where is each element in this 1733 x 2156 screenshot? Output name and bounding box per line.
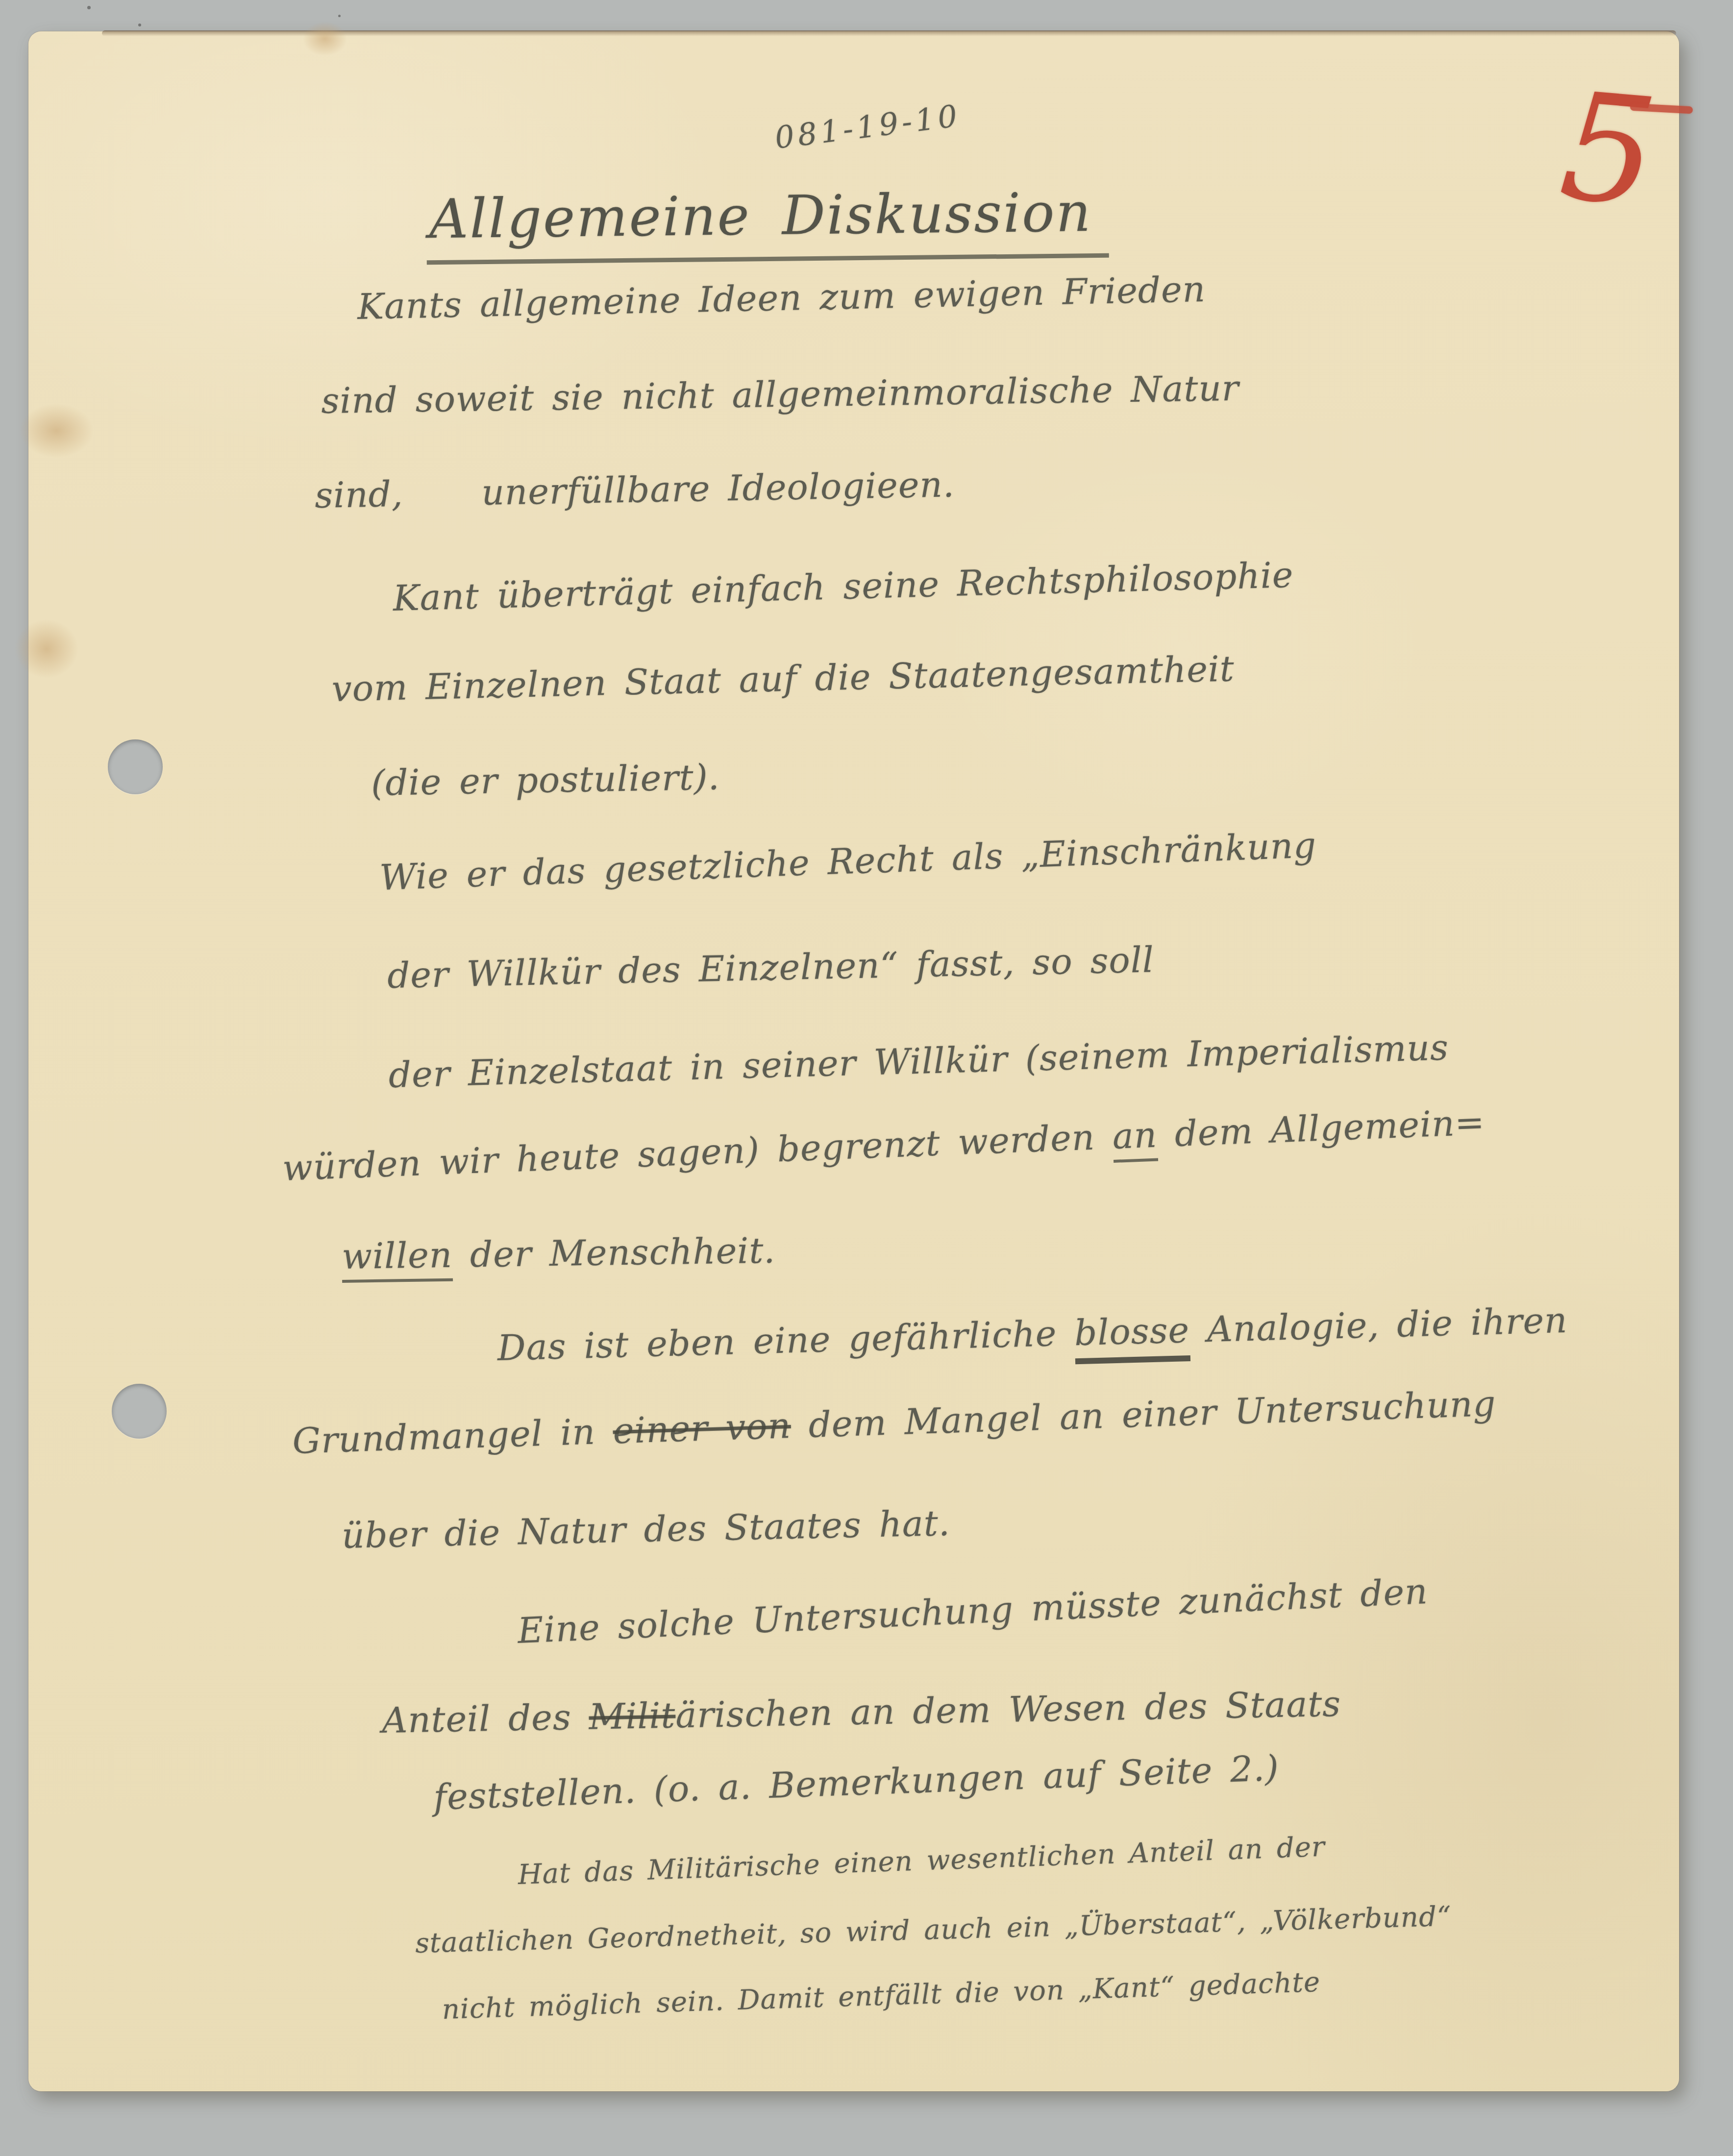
handwritten-line: würden wir heute sagen) begrenzt werden …	[282, 1102, 1485, 1189]
text-segment: willen	[342, 1234, 453, 1283]
handwritten-line: Kant überträgt einfach seine Rechtsphilo…	[393, 554, 1294, 619]
handwritten-line: Grundmangel in einer von dem Mangel an e…	[292, 1383, 1496, 1462]
text-segment: an	[1112, 1114, 1158, 1163]
handwritten-line: nicht möglich sein. Damit entfällt die v…	[442, 1966, 1321, 2026]
dust-speck	[338, 15, 341, 17]
manuscript-page: 081-19-10 5 Allgemeine Diskussion Kants …	[28, 31, 1679, 2091]
text-segment: der Willkür des Einzelnen“ fasst, so sol…	[387, 939, 1154, 996]
punch-hole-bottom	[112, 1384, 167, 1439]
text-segment: sind,	[315, 473, 404, 516]
paper-stain	[20, 404, 93, 458]
text-segment: blosse	[1074, 1309, 1190, 1364]
text-segment: Eine solche Untersuchung müsste zunächst…	[517, 1570, 1429, 1651]
handwritten-line: Hat das Militärische einen wesentlichen …	[518, 1831, 1326, 1891]
handwritten-line: Wie er das gesetzliche Recht als „Einsch…	[379, 824, 1317, 898]
handwritten-line: der Einzelstaat in seiner Willkür (seine…	[388, 1027, 1449, 1096]
text-segment: Wie er das gesetzliche Recht als „Einsch…	[379, 824, 1317, 898]
text-segment: staatlichen Geordnetheit, so wird auch e…	[415, 1901, 1452, 1960]
handwritten-line: staatlichen Geordnetheit, so wird auch e…	[415, 1901, 1452, 1960]
handwritten-line: vom Einzelnen Staat auf die Staatengesam…	[331, 648, 1235, 710]
handwritten-line: feststellen. (o. a. Bemerkungen auf Seit…	[433, 1747, 1280, 1818]
text-segment: würden wir heute sagen) begrenzt werden	[282, 1116, 1114, 1189]
handwritten-line: Kants allgemeine Ideen zum ewigen Friede…	[357, 269, 1206, 327]
handwritten-line: willen der Menschheit.	[342, 1230, 776, 1277]
handwritten-line: sind soweit sie nicht allgemeinmoralisch…	[321, 367, 1239, 421]
handwritten-line: Eine solche Untersuchung müsste zunächst…	[517, 1570, 1429, 1651]
paper-stain	[303, 22, 347, 56]
text-segment: unerfüllbare Ideologieen.	[481, 464, 955, 513]
text-segment: der Einzelstaat in seiner Willkür (seine…	[388, 1027, 1449, 1096]
text-segment: dem Mangel an einer Untersuchung	[790, 1383, 1496, 1446]
paper-stain	[15, 619, 78, 678]
text-segment: sind soweit sie nicht allgemeinmoralisch…	[321, 367, 1239, 421]
handwritten-line: Das ist eben eine gefährliche blosse Ana…	[497, 1299, 1568, 1369]
handwritten-line: (die er postuliert).	[371, 757, 720, 804]
text-segment: Anteil des	[382, 1696, 590, 1741]
text-segment: Analogie, die ihren	[1189, 1299, 1568, 1350]
text-segment: nicht möglich sein. Damit entfällt die v…	[442, 1966, 1321, 2026]
text-segment: Kants allgemeine Ideen zum ewigen Friede…	[357, 269, 1206, 327]
text-segment: Das ist eben eine gefährliche	[497, 1312, 1075, 1369]
text-segment: über die Natur des Staates hat.	[341, 1502, 950, 1556]
handwritten-line: der Willkür des Einzelnen“ fasst, so sol…	[387, 939, 1154, 996]
text-segment: feststellen. (o. a. Bemerkungen auf Seit…	[433, 1747, 1280, 1818]
handwritten-line: über die Natur des Staates hat.	[341, 1502, 950, 1556]
text-segment: ärischen an dem Wesen des Staats	[675, 1683, 1341, 1736]
text-segment: (die er postuliert).	[371, 757, 720, 804]
handwritten-line: sind,unerfüllbare Ideologieen.	[315, 464, 955, 516]
text-segment: einer von	[612, 1405, 792, 1451]
text-segment: Grundmangel in	[292, 1410, 614, 1462]
section-title: Allgemeine Diskussion	[426, 181, 1109, 265]
text-segment: Milit	[589, 1695, 676, 1738]
word-gap	[403, 505, 482, 506]
text-segment: Hat das Militärische einen wesentlichen …	[518, 1831, 1326, 1891]
page-number: 5	[1555, 73, 1662, 228]
punch-hole-top	[108, 739, 163, 794]
archive-code: 081-19-10	[773, 98, 963, 156]
text-segment: Kant überträgt einfach seine Rechtsphilo…	[393, 554, 1294, 619]
document-scan: 081-19-10 5 Allgemeine Diskussion Kants …	[0, 0, 1733, 2156]
text-segment: dem Allgemein=	[1156, 1102, 1485, 1155]
text-segment: vom Einzelnen Staat auf die Staatengesam…	[331, 648, 1235, 710]
text-segment: der Menschheit.	[452, 1230, 776, 1275]
dust-speck	[87, 6, 91, 9]
handwritten-line: Anteil des Militärischen an dem Wesen de…	[382, 1683, 1341, 1741]
dust-speck	[138, 24, 141, 26]
